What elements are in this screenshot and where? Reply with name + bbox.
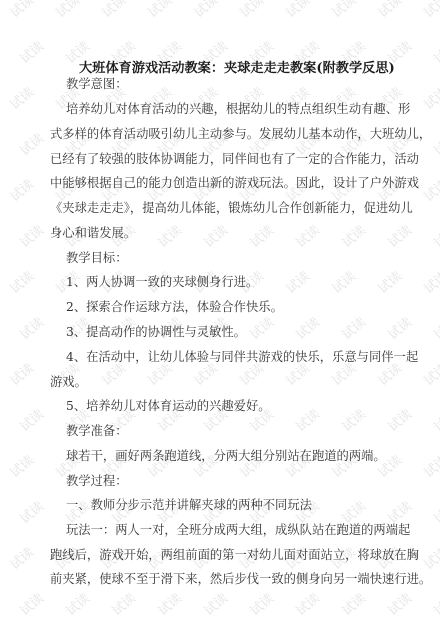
paragraph-line: 一、教师分步示范并讲解夹球的两种不同玩法 bbox=[66, 495, 312, 513]
paragraph-line: 教学意图： bbox=[66, 74, 128, 92]
paragraph-line: 身心和谐发展。 bbox=[50, 223, 136, 241]
paragraph-line: 游戏。 bbox=[50, 372, 87, 390]
paragraph-line: 教学目标： bbox=[66, 248, 128, 266]
paragraph-line: 教学准备： bbox=[66, 421, 128, 439]
paragraph-line: 3、提高动作的协调性与灵敏性。 bbox=[66, 322, 246, 340]
paragraph-line: 跑线后，游戏开始，两组前面的第一对幼儿面对面站立，将球放在胸 bbox=[50, 545, 419, 563]
paragraph-line: 《夹球走走走》，提高幼儿体能，锻炼幼儿合作创新能力，促进幼儿 bbox=[50, 198, 413, 216]
paragraph-line: 5、培养幼儿对体育运动的兴趣爱好。 bbox=[66, 396, 271, 414]
paragraph-line: 中能够根据自己的能力创造出新的游戏玩法。因此，设计了户外游戏 bbox=[50, 173, 419, 191]
paragraph-line: 教学过程： bbox=[66, 471, 128, 489]
paragraph-line: 培养幼儿对体育活动的兴趣，根据幼儿的特点组织生动有趣、形 bbox=[66, 99, 410, 117]
paragraph-line: 4、在活动中，让幼儿体验与同伴共游戏的快乐，乐意与同伴一起 bbox=[66, 347, 418, 365]
paragraph-line: 前夹紧，使球不至于滑下来，然后步伐一致的侧身向另一端快速行进。 bbox=[50, 569, 431, 587]
paragraph-line: 玩法一：两人一对，全班分成两大组，成纵队站在跑道的两端起 bbox=[66, 520, 410, 538]
paragraph-line: 2、探索合作运球方法，体验合作快乐。 bbox=[66, 297, 283, 315]
paragraph-line: 1、两人协调一致的夹球侧身行进。 bbox=[66, 272, 258, 290]
paragraph-line: 球若干，画好两条跑道线，分两大组分别站在跑道的两端。 bbox=[66, 446, 386, 464]
paragraph-line: 已经有了较强的肢体协调能力，同伴间也有了一定的合作能力，活动 bbox=[50, 149, 419, 167]
document-page: 大班体育游戏活动教案：夹球走走走教案(附教学反思) 教学意图：培养幼儿对体育活动… bbox=[0, 0, 440, 620]
paragraph-line: 式多样的体育活动吸引幼儿主动参与。发展幼儿基本动作，大班幼儿， bbox=[50, 124, 431, 142]
